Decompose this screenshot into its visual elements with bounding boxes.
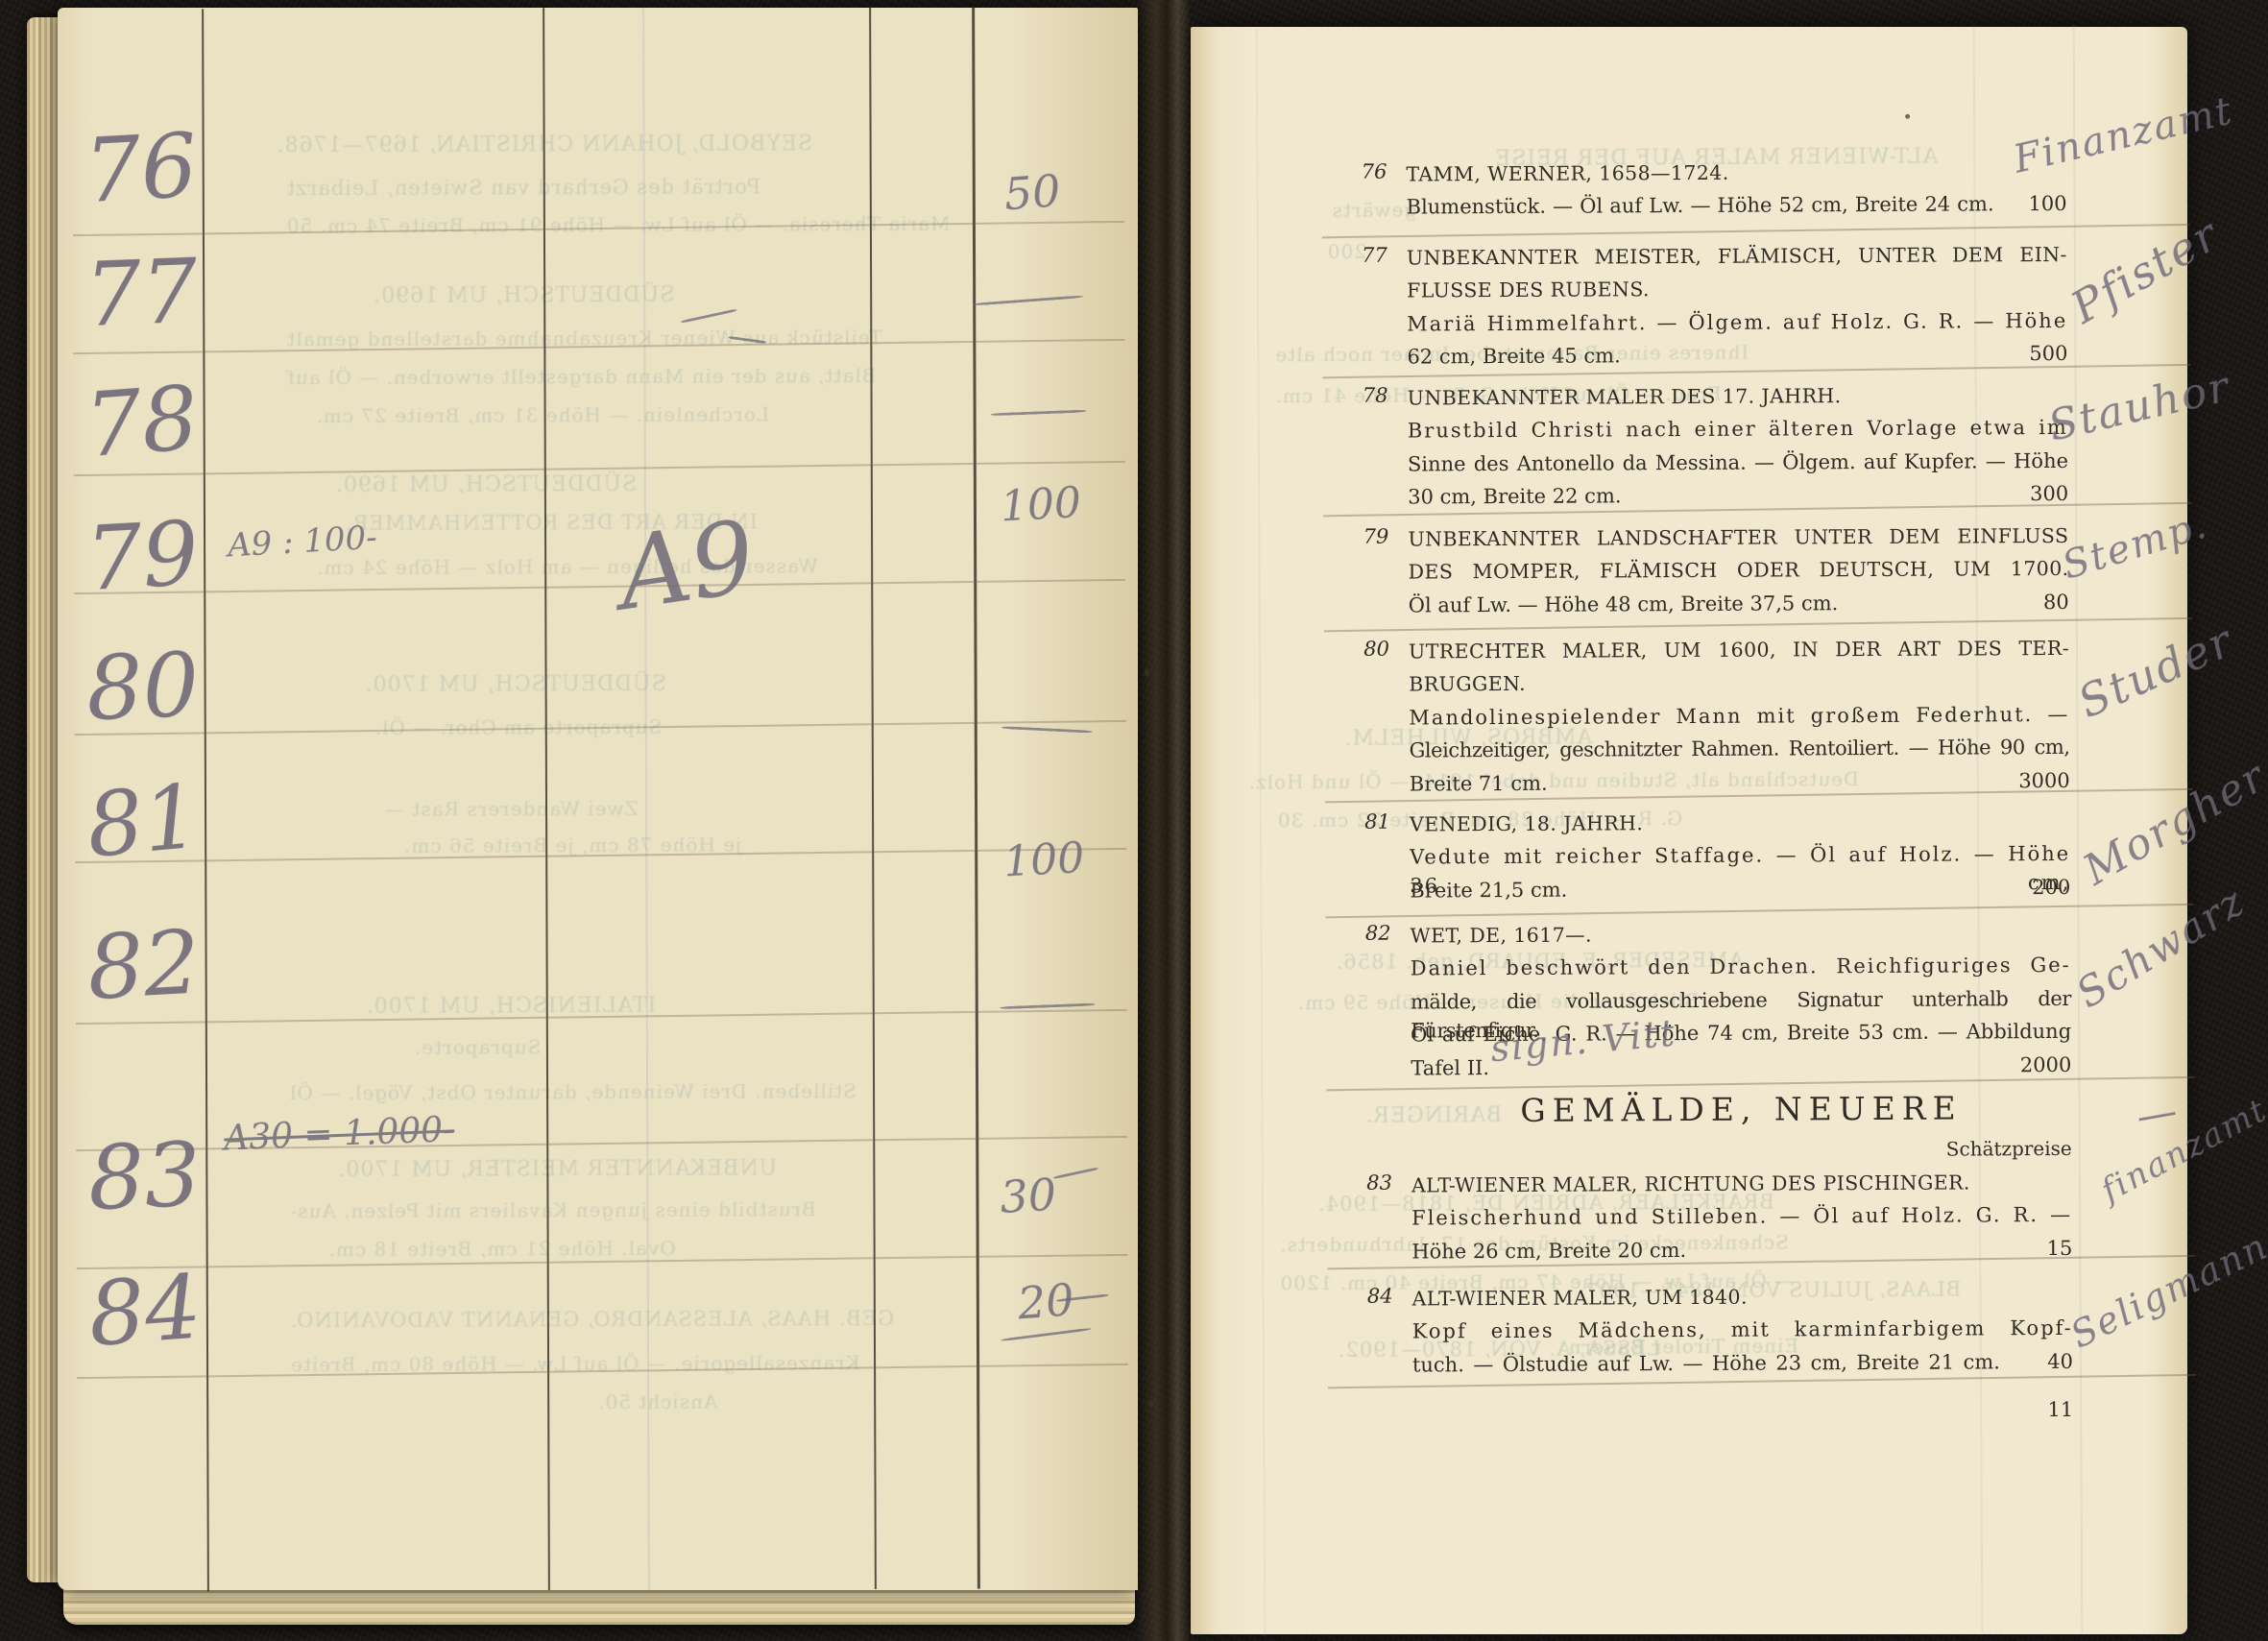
pencil-note: 100 [1000,478,1083,532]
entry-lot-number: 77 [1332,244,1387,267]
bleed-through-text: Oval. Höhe 21 cm, Breite 18 cm. [328,1237,676,1261]
left-page: SEYBOLD, JOHANN CHRISTIAN, 1697—1768.Por… [58,8,1138,1590]
entry-lot-number: 82 [1335,922,1390,945]
entry-heading-line: ALT-WIENER MALER, UM 1840. [1411,1281,2072,1314]
entry-estimate-price: 80 [1409,588,2069,620]
entry-lot-number: 76 [1331,160,1387,183]
right-page-content: ALT-WIENER MALER AUF DER REISEgewärts200… [1187,24,2192,1636]
bleed-through-text: UNBEKANNTER MEISTER, UM 1700. [337,1156,777,1182]
entry-estimate-price: 100 [1407,189,2067,222]
entry-separator-line [1322,224,2190,238]
pencil-dash [1000,1002,1096,1009]
entry-heading-line: ALT-WIENER MALER, RICHTUNG DES PISCHINGE… [1411,1168,2072,1200]
entry-body-line: Kopf eines Mädchens, mit karminfarbigem … [1412,1314,2073,1346]
bleed-through-text: Porträt des Gerhard van Swieten, Leibarz… [286,175,760,200]
ink-dot [1905,114,1910,119]
pencil-dash [681,308,737,324]
entry-body-line: Mariä Himmelfahrt. — Ölgem. auf Holz. G.… [1407,306,2067,339]
price-column-label: Schätzpreise [1411,1137,2072,1164]
book-spread-scan: SEYBOLD, JOHANN CHRISTIAN, 1697—1768.Por… [0,0,2268,1641]
bleed-through-text: SÜDDEUTSCH, UM 1690. [373,283,674,308]
entry-heading-line: WET, DE, 1617—. [1410,918,2070,951]
entry-heading-line: TAMM, WERNER, 1658—1724. [1406,157,2066,189]
entry-separator-line [1324,617,2192,632]
right-bleed-layer: ALT-WIENER MALER AUF DER REISEgewärts200… [1187,24,2184,29]
pencil-dash [1001,1327,1092,1341]
bleed-through-text: SÜDDEUTSCH, UM 1700. [365,672,666,697]
entry-heading-line: BRUGGEN. [1409,666,2069,699]
entry-lot-number: 83 [1337,1171,1392,1195]
page-edge-stack-bottom [63,1586,1135,1625]
entry-heading-line: FLUSSE DES RUBENS. [1407,273,2067,305]
entry-heading-line: UNBEKANNTER LANDSCHAFTER UNTER DEM EINFL… [1408,521,2068,554]
ledger-column-line [869,7,877,1589]
left-lot-number: 80 [69,640,216,735]
left-lot-number: 79 [68,509,217,605]
binding-stitch [1148,1400,1153,1407]
ledger-row-line [74,579,1125,594]
entry-estimate-price: 500 [1407,339,2067,372]
entry-separator-line [1325,904,2193,918]
pencil-dash [1053,1167,1099,1179]
pencil-dash [973,295,1083,305]
left-lot-number: 81 [67,771,219,872]
binding-stitch [1145,669,1149,676]
entry-body-line: Gleichzeitiger, geschnitzter Rahmen. Ren… [1409,733,2069,765]
entry-body-line: Mandolinespielender Mann mit großem Fede… [1409,700,2069,733]
entry-body-line: Fleischerhund und Stilleben. — Öl auf Ho… [1411,1200,2072,1233]
entry-estimate-price: 15 [1411,1234,2072,1267]
entry-lot-number: 84 [1337,1285,1392,1308]
bleed-through-text: SÜDDEUTSCH, UM 1690. [335,472,637,497]
right-page: ALT-WIENER MALER AUF DER REISEgewärts200… [1191,27,2187,1634]
entry-lot-number: 81 [1335,810,1390,833]
entry-estimate-price: 200 [1410,873,2070,905]
pencil-note: A9 [611,497,761,633]
left-lot-number: 78 [66,373,216,471]
page-number: 11 [1412,1398,2073,1425]
pencil-note: A30 = 1.000- [224,1110,455,1158]
left-lot-number: 84 [70,1262,220,1361]
entry-heading-line: UNBEKANNTER MEISTER, FLÄMISCH, UNTER DEM… [1407,240,2067,273]
entry-heading-line: DES MOMPER, FLÄMISCH ODER DEUTSCH, UM 17… [1409,554,2069,587]
entry-heading-line: VENEDIG, 18. JAHRH. [1410,807,2070,839]
bleed-through-text: GEB. HAAS, ALESSANDRO, GENANNT VADOVANIN… [290,1307,894,1332]
bleed-through-text: Zwei Wanderers Rast — [384,797,639,821]
entry-estimate-price: 3000 [1410,766,2070,799]
ledger-column-line-blue [2073,25,2084,1632]
ledger-column-line-blue [1256,29,1267,1636]
bleed-through-text: Lorchenlein. — Höhe 31 cm, Breite 27 cm. [316,402,770,427]
pencil-note: 100 [1002,833,1086,887]
entry-body-line: Daniel beschwört den Drachen. Reichfigur… [1411,951,2071,983]
bleed-through-text: Supraporte. [414,1035,542,1058]
left-lot-number: 76 [66,121,215,217]
bleed-through-text: Stilleben. Drei Weinende, darunter Obst,… [289,1079,857,1104]
ledger-column-line [972,7,980,1589]
left-lot-number: 82 [69,918,218,1014]
left-rules-layer [55,6,1135,10]
pencil-dash [991,409,1087,416]
left-lot-number: 77 [67,247,214,341]
bleed-through-text: Ansicht 50. [597,1390,717,1413]
entry-lot-number: 79 [1333,525,1388,548]
entry-body-line: Sinne des Antonello da Messina. — Ölgem.… [1408,446,2068,479]
entries-layer: 76TAMM, WERNER, 1658—1724.Blumenstück. —… [1187,24,2184,29]
book-gutter [1138,0,1191,1641]
entry-lot-number: 78 [1333,384,1388,407]
bleed-through-text: Blatt, aus der ein Mann dargestellt erwo… [286,364,876,389]
entry-body-line: Brustbild Christi nach einer älteren Vor… [1408,413,2068,446]
pencil-note: 20 [1016,1273,1075,1329]
pencil-dash [1001,726,1093,734]
bleed-through-text: gewärts [1332,198,1417,221]
entry-estimate-price: 300 [1408,479,2068,512]
left-lot-number: 83 [71,1130,218,1224]
pencil-note: 50 [1002,164,1062,220]
entry-heading-line: UNBEKANNTER MALER DES 17. JAHRH. [1408,380,2068,413]
right-rules-layer [1187,24,2184,29]
entry-lot-number: 80 [1334,638,1389,661]
entry-estimate-price: 40 [1412,1347,2073,1380]
bleed-through-text: Brustbild eines jungen Kavaliers mit Pel… [289,1197,815,1222]
pencil-note: 30 [999,1169,1057,1223]
section-title: GEMÄLDE, NEUERE [1411,1089,2071,1130]
entry-heading-line: UTRECHTER MALER, UM 1600, IN DER ART DES… [1409,634,2069,666]
